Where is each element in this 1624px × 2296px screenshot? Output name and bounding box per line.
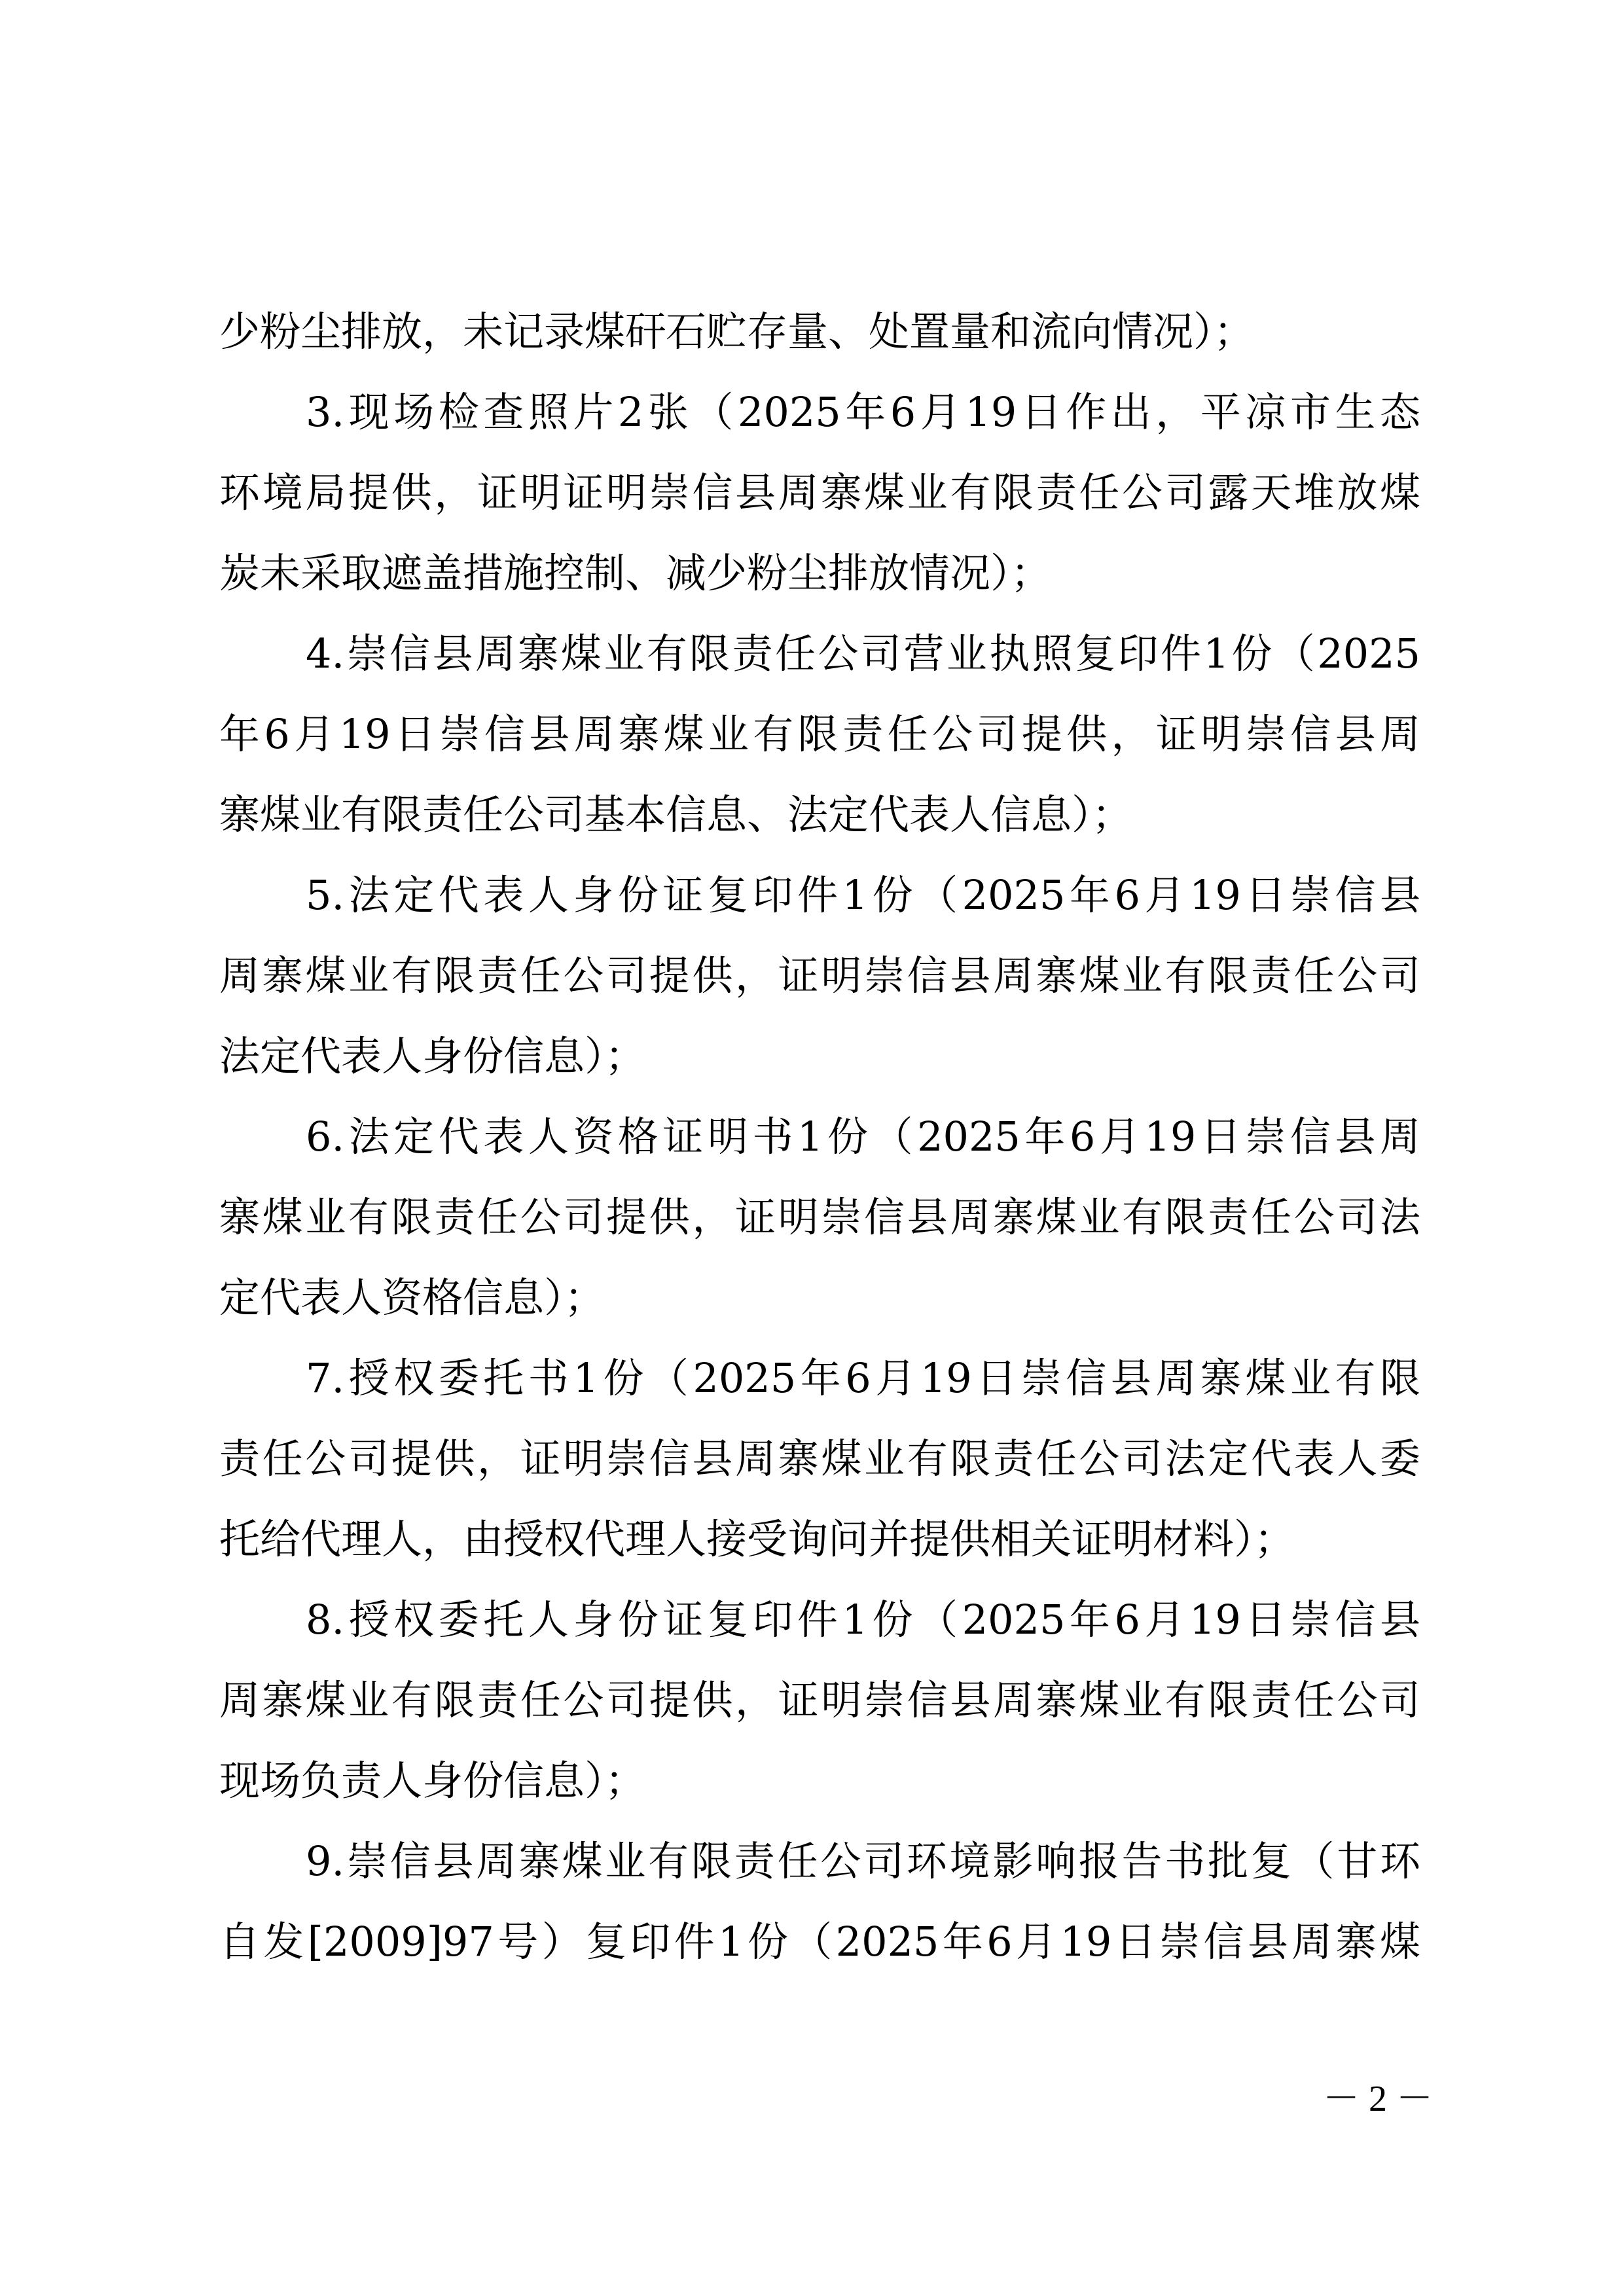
text-line: 炭未采取遮盖措施控制、减少粉尘排放情况）； — [219, 544, 1420, 624]
text-line: 责任公司提供，证明崇信县周寨煤业有限责任公司法定代表人委 — [219, 1429, 1420, 1510]
evidence-item-7-line: 7.授权委托书1份（2025年6月19日崇信县周寨煤业有限 — [219, 1349, 1420, 1429]
evidence-item-3-line: 3.现场检查照片2张（2025年6月19日作出，平凉市生态 — [219, 383, 1420, 463]
evidence-item-8-line: 8.授权委托人身份证复印件1份（2025年6月19日崇信县 — [219, 1590, 1420, 1671]
page-number: － 2 － — [1322, 2076, 1434, 2122]
text-line: 环境局提供，证明证明崇信县周寨煤业有限责任公司露天堆放煤 — [219, 463, 1420, 544]
text-line: 周寨煤业有限责任公司提供，证明崇信县周寨煤业有限责任公司 — [219, 946, 1420, 1027]
text-line: 现场负责人身份信息）； — [219, 1751, 1420, 1832]
text-line: 少粉尘排放，未记录煤矸石贮存量、处置量和流向情况）； — [219, 302, 1420, 383]
evidence-item-4-line: 4.崇信县周寨煤业有限责任公司营业执照复印件1份（2025 — [219, 624, 1420, 705]
document-page: 少粉尘排放，未记录煤矸石贮存量、处置量和流向情况）； 3.现场检查照片2张（20… — [0, 0, 1624, 2296]
text-line: 寨煤业有限责任公司基本信息、法定代表人信息）； — [219, 785, 1420, 866]
text-line: 定代表人资格信息）； — [219, 1268, 1420, 1349]
evidence-item-9-line: 9.崇信县周寨煤业有限责任公司环境影响报告书批复（甘环 — [219, 1832, 1420, 1912]
text-line: 周寨煤业有限责任公司提供，证明崇信县周寨煤业有限责任公司 — [219, 1671, 1420, 1751]
text-line: 年6月19日崇信县周寨煤业有限责任公司提供，证明崇信县周 — [219, 705, 1420, 785]
text-line: 法定代表人身份信息）； — [219, 1027, 1420, 1107]
evidence-item-6-line: 6.法定代表人资格证明书1份（2025年6月19日崇信县周 — [219, 1107, 1420, 1188]
text-line: 寨煤业有限责任公司提供，证明崇信县周寨煤业有限责任公司法 — [219, 1188, 1420, 1268]
evidence-list-body: 少粉尘排放，未记录煤矸石贮存量、处置量和流向情况）； 3.现场检查照片2张（20… — [219, 302, 1420, 1993]
text-line: 托给代理人，由授权代理人接受询问并提供相关证明材料）； — [219, 1510, 1420, 1590]
text-line: 自发[2009]97号）复印件1份（2025年6月19日崇信县周寨煤 — [219, 1912, 1420, 1993]
evidence-item-5-line: 5.法定代表人身份证复印件1份（2025年6月19日崇信县 — [219, 866, 1420, 946]
